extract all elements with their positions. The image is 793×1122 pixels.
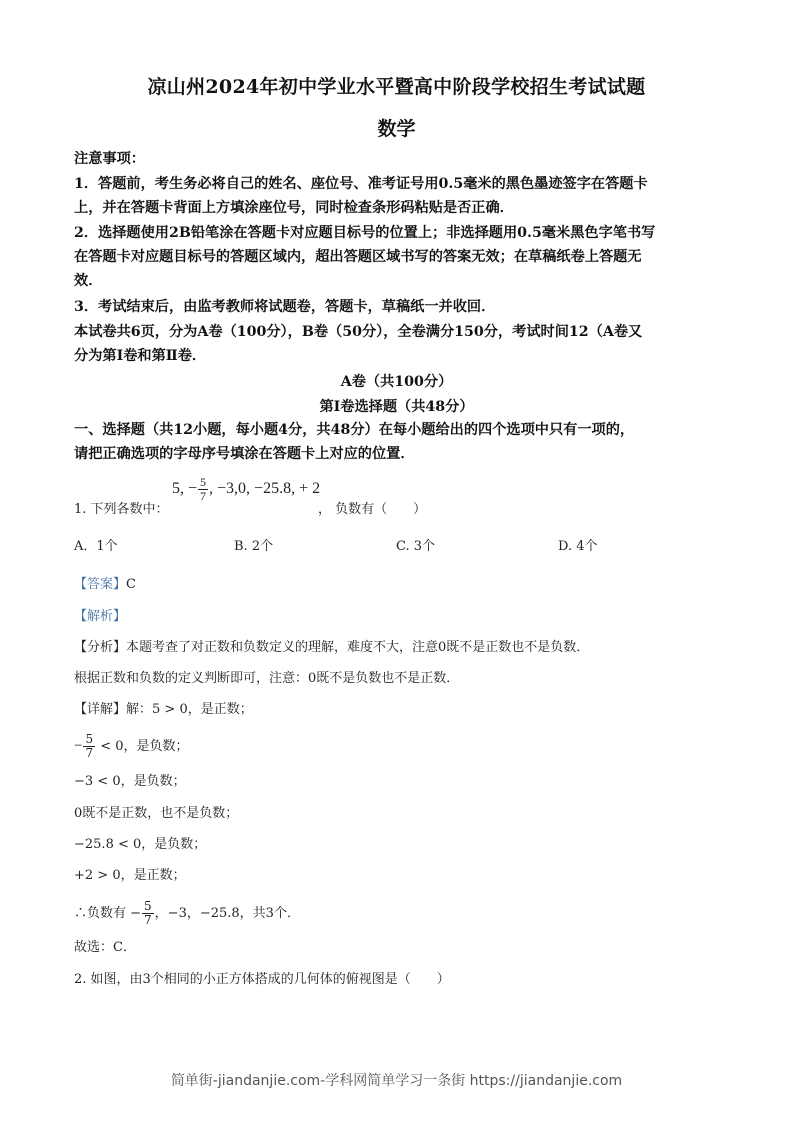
expr-text: 5, − (172, 480, 197, 497)
notice-line: 分为第Ⅰ卷和第Ⅱ卷． (74, 344, 724, 368)
numerator: 5 (198, 476, 208, 490)
q2-text: 2. 如图，由3个相同的小正方体搭成的几何体的俯视图是（ ） (74, 970, 450, 990)
denominator: 7 (144, 914, 152, 927)
notice-line: 效． (74, 269, 724, 293)
notice-line: 2．选择题使用2B铅笔涂在答题卡对应题目标号的位置上；非选择题用0.5毫米黑色字… (74, 221, 724, 245)
part1-instructions: 请把正确选项的字母序号填涂在答题卡上对应的位置． (74, 442, 724, 466)
fraction: 57 (83, 733, 95, 760)
section-a1-heading: 第Ⅰ卷选择题（共48分） (0, 396, 793, 416)
numerator: 5 (83, 733, 95, 747)
conclusion-text: ，−3，−25.8，共3个． (155, 906, 300, 921)
expr-text: , −3,0, −25.8, + 2 (209, 480, 320, 497)
analysis-label: 【解析】 (74, 607, 126, 627)
denominator: 7 (85, 747, 93, 760)
step-frac: −57 < 0，是负数； (74, 733, 189, 760)
fenxi-text: 本题考查了对正数和负数定义的理解，难度不大，注意0既不是正数也不是负数． (126, 640, 589, 655)
answer-value: C (126, 577, 136, 592)
option-b: B. 2个 (234, 535, 273, 554)
conclusion-text: ∴负数有 − (74, 906, 141, 921)
detail-text: 解：5 > 0，是正数； (126, 702, 253, 717)
notice-line: 在答题卡对应题目标号的答题区域内，超出答题区域书写的答案无效；在草稿纸卷上答题无 (74, 245, 724, 269)
step-text: < 0，是负数； (96, 739, 188, 754)
section-a-heading: A卷（共100分） (0, 371, 793, 391)
footer-watermark: 简单街-jiandanjie.com-学科网简单学习一条街 https://ji… (0, 1070, 793, 1090)
numerator: 5 (142, 900, 154, 914)
part1-instructions: 一、选择题（共12小题，每小题4分，共48分）在每小题给出的四个选项中只有一项的… (74, 418, 724, 442)
choose-line: 故选：C． (74, 938, 136, 958)
exam-title: 凉山州2024年初中学业水平暨高中阶段学校招生考试试题 (0, 72, 793, 99)
answer-line: 【答案】C (74, 575, 136, 595)
exam-page: 凉山州2024年初中学业水平暨高中阶段学校招生考试试题 数学 注意事项： 1．答… (0, 0, 793, 1122)
option-d: D. 4个 (558, 535, 598, 554)
step-zero: 0既不是正数，也不是负数； (74, 804, 238, 824)
q1-suffix: ， 负数有（ ） (318, 500, 426, 520)
analysis-line2: 根据正数和负数的定义判断即可，注意：0既不是负数也不是正数． (74, 669, 459, 689)
step-258: −25.8 < 0，是负数； (74, 835, 206, 855)
step-neg3: −3 < 0，是负数； (74, 772, 186, 792)
option-a: A．1个 (74, 535, 118, 554)
detail-label: 【详解】 (74, 702, 126, 717)
notice-line: 本试卷共6页，分为A卷（100分），B卷（50分），全卷满分150分，考试时间1… (74, 320, 724, 344)
fenxi-line: 【分析】本题考查了对正数和负数定义的理解，难度不大，注意0既不是正数也不是负数． (74, 638, 589, 658)
fenxi-label: 【分析】 (74, 640, 126, 655)
fraction: 57 (142, 900, 154, 927)
q1-expression: 5, −57, −3,0, −25.8, + 2 (172, 476, 320, 503)
notice-line: 1．答题前，考生务必将自己的姓名、座位号、准考证号用0.5毫米的黑色墨迹签字在答… (74, 172, 724, 196)
notice-heading: 注意事项： (74, 147, 724, 171)
q1-prefix: 1. 下列各数中： (74, 500, 169, 520)
step-plus2: +2 > 0，是正数； (74, 866, 186, 886)
answer-label: 【答案】 (74, 577, 126, 592)
subject-title: 数学 (0, 114, 793, 141)
conclusion-line: ∴负数有 −57，−3，−25.8，共3个． (74, 900, 300, 927)
option-c: C. 3个 (396, 535, 435, 554)
notice-line: 3．考试结束后，由监考教师将试题卷，答题卡，草稿纸一并收回． (74, 295, 724, 319)
notice-line: 上，并在答题卡背面上方填涂座位号，同时检查条形码粘贴是否正确． (74, 196, 724, 220)
fraction: 57 (198, 476, 208, 503)
denominator: 7 (200, 490, 206, 503)
detail-line: 【详解】解：5 > 0，是正数； (74, 700, 253, 720)
